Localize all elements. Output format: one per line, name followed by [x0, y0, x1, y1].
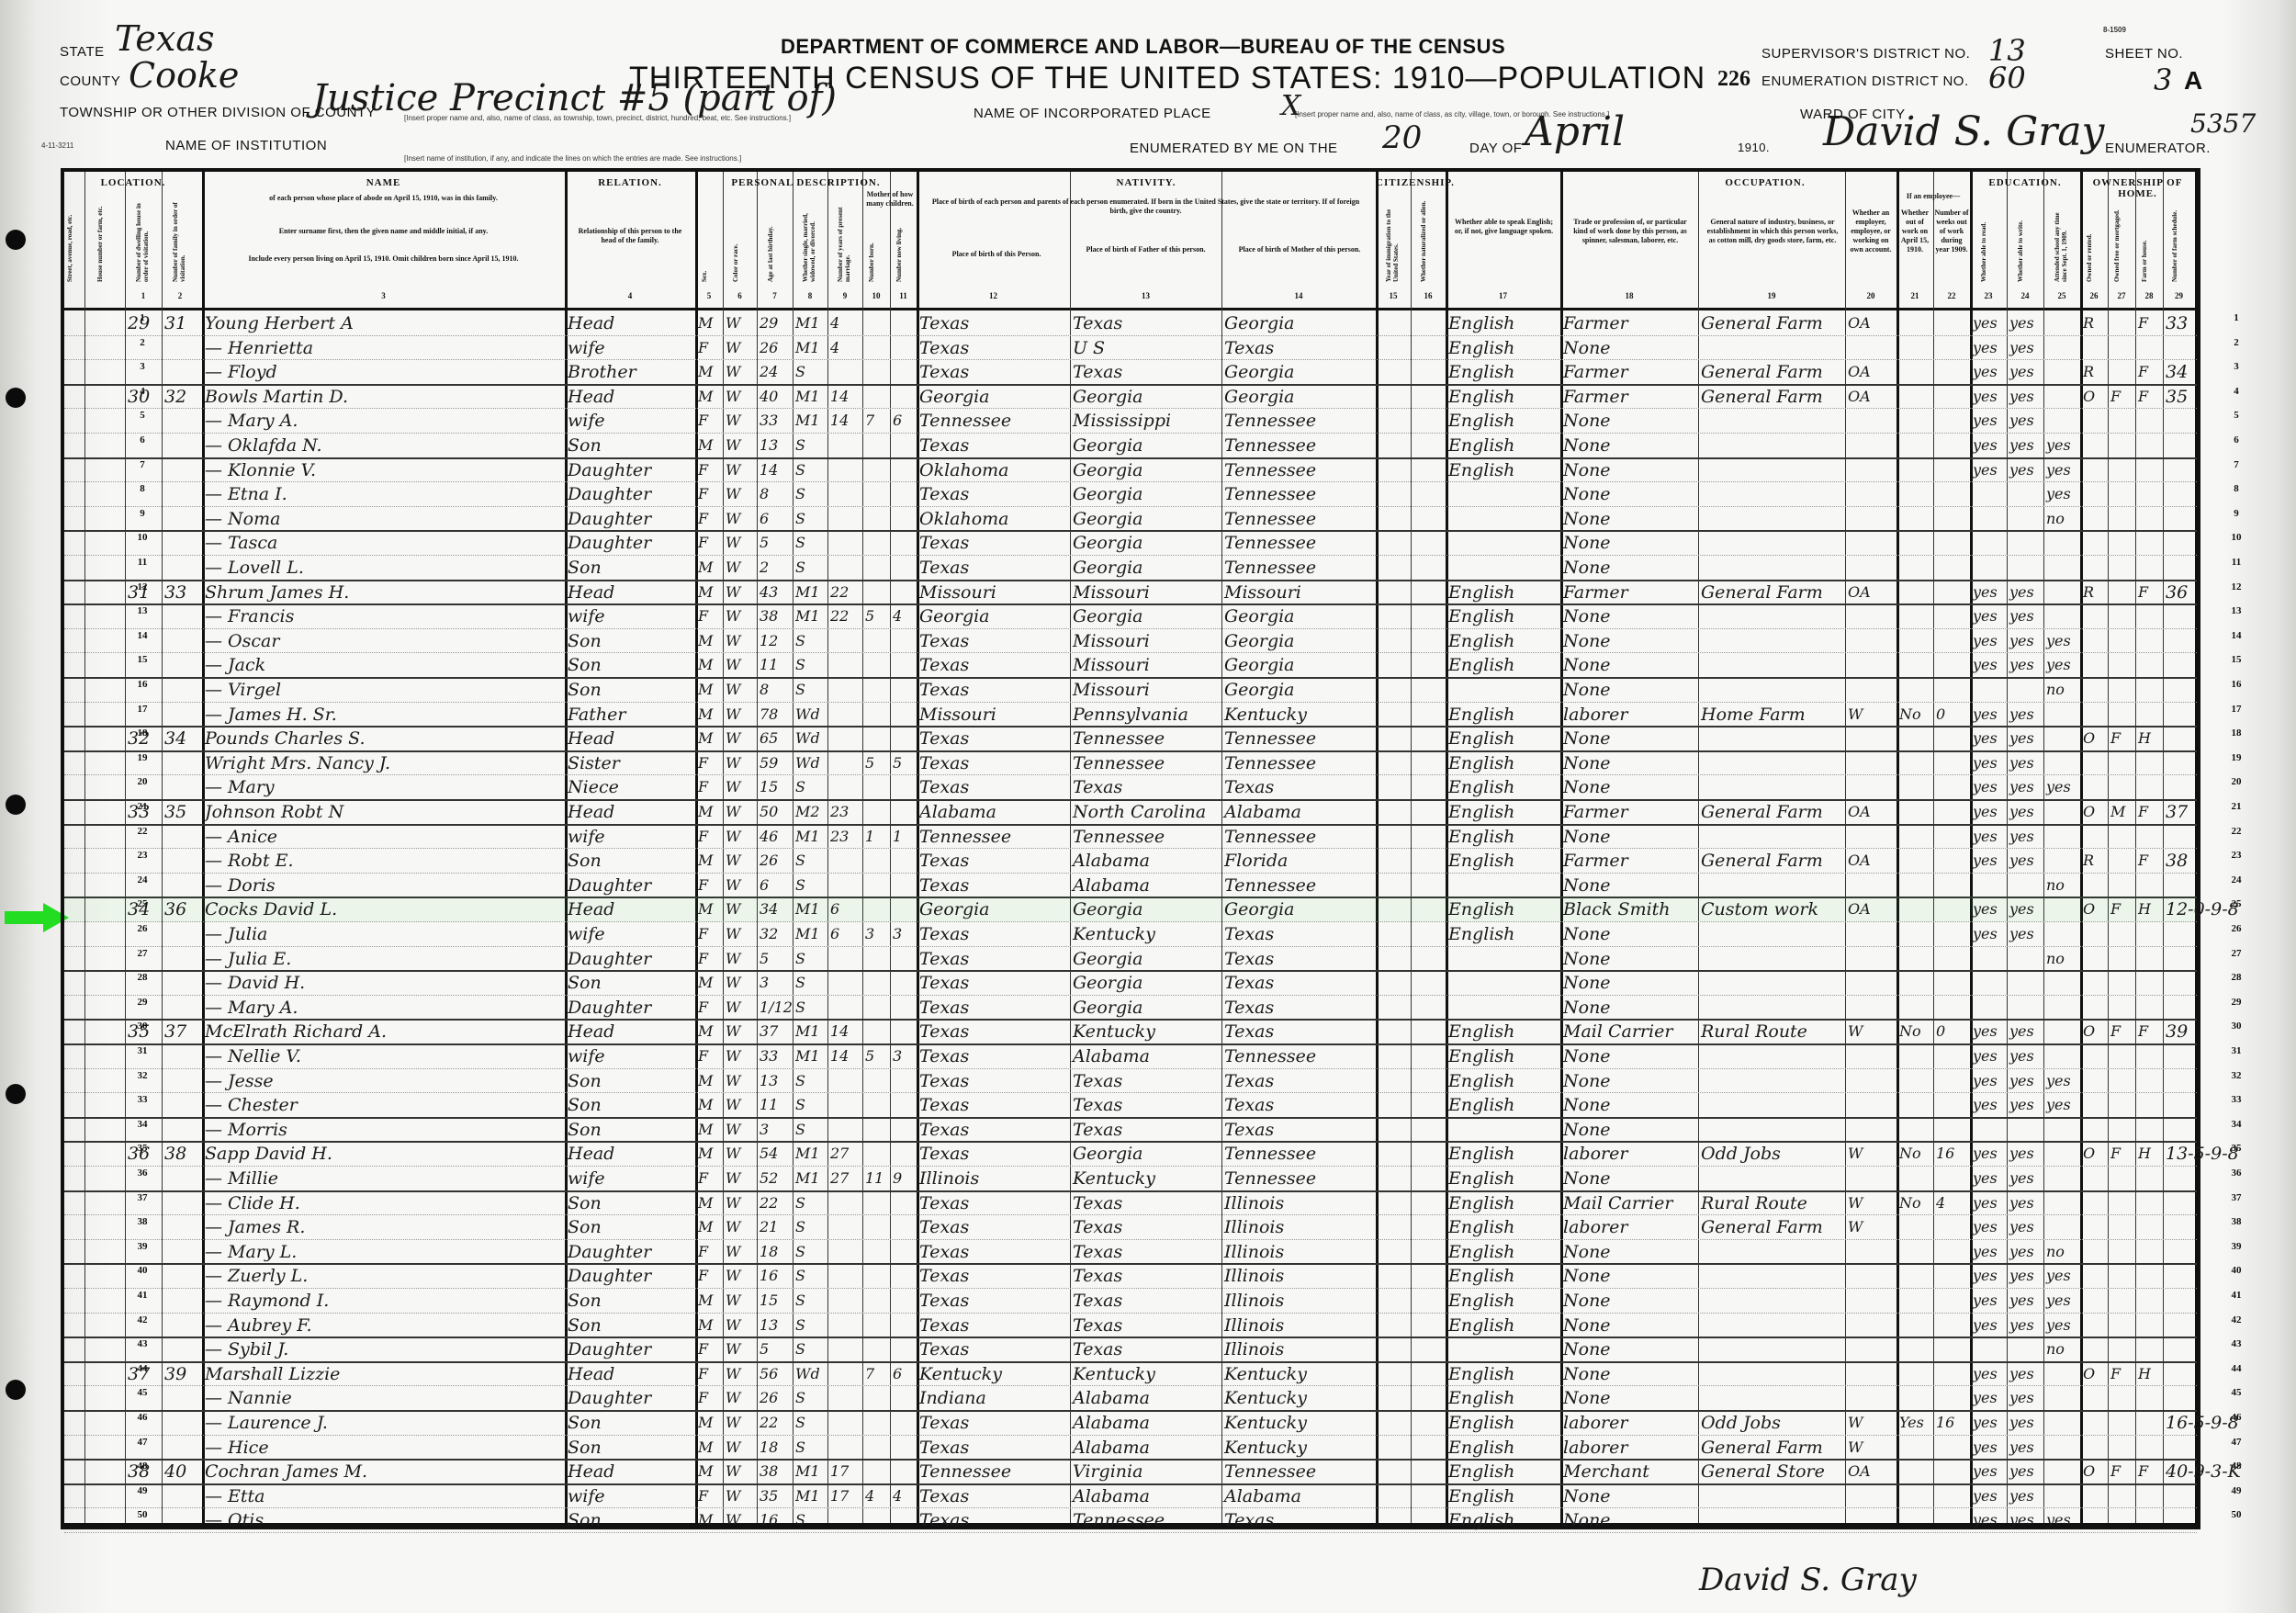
line-number: 2: [133, 337, 152, 348]
cell-write: yes: [2009, 1019, 2034, 1043]
county-value: Cooke: [129, 55, 239, 96]
table-row: 2931Young Herbert AHeadMW29M14TexasTexas…: [64, 310, 2197, 336]
cell-trade: None: [1563, 628, 1611, 652]
cell-marital: S: [795, 457, 805, 481]
cell-emp: W: [1848, 702, 1863, 726]
column-number: 18: [1560, 291, 1698, 300]
line-number: 6: [133, 434, 152, 446]
cell-relation: wife: [568, 1166, 605, 1190]
cell-color: W: [726, 530, 740, 554]
cell-emp: W: [1848, 1141, 1863, 1165]
cell-mother: Kentucky: [1224, 1435, 1307, 1459]
table-row: — James R.SonMW21STexasTexasIllinoisEngl…: [64, 1214, 2197, 1240]
cell-name: — Otis: [205, 1507, 264, 1531]
cell-trade: None: [1563, 506, 1611, 530]
line-number: 17: [2227, 704, 2245, 715]
line-number: 34: [2227, 1119, 2245, 1130]
cell-lang: English: [1448, 1263, 1514, 1287]
cell-father: Texas: [1073, 310, 1122, 334]
cell-marital: S: [795, 555, 805, 579]
cell-emp: W: [1848, 1019, 1863, 1043]
cell-lang: English: [1448, 1068, 1514, 1092]
cell-age: 56: [760, 1361, 778, 1385]
table-row: — Etna I.DaughterFW8STexasGeorgiaTenness…: [64, 481, 2197, 507]
cell-birth: Texas: [919, 481, 969, 505]
cell-yrs: 14: [830, 1019, 849, 1043]
cell-write: yes: [2009, 652, 2034, 676]
cell-trade: None: [1563, 824, 1611, 848]
cell-birth: Texas: [919, 873, 969, 897]
cell-trade: None: [1563, 946, 1611, 970]
cell-marital: M1: [795, 580, 820, 603]
cell-lang: English: [1448, 359, 1514, 383]
cell-name: Shrum James H.: [205, 580, 349, 603]
cell-read: yes: [1973, 921, 1998, 945]
table-row: — JuliawifeFW32M1633TexasKentuckyTexasEn…: [64, 921, 2197, 947]
cell-birth: Texas: [919, 628, 969, 652]
enumeration-district: 60: [1988, 61, 2026, 96]
cell-marital: Wd: [795, 726, 820, 750]
cell-born: 7: [865, 1361, 874, 1385]
cell-lang: English: [1448, 921, 1514, 945]
cell-relation: Daughter: [568, 457, 651, 481]
cell-father: Kentucky: [1073, 1019, 1155, 1043]
cell-write: yes: [2009, 1288, 2034, 1312]
cell-family: 40: [164, 1459, 186, 1483]
cell-trade: laborer: [1563, 1410, 1627, 1434]
cell-read: yes: [1973, 1092, 1998, 1116]
cell-father: Virginia: [1073, 1459, 1142, 1483]
cell-school: no: [2046, 677, 2065, 701]
cell-age: 24: [760, 359, 778, 383]
header-age: Age at last birthday.: [767, 199, 774, 282]
cell-sex: M: [698, 1068, 713, 1092]
cell-father: North Carolina: [1073, 799, 1206, 823]
header-family: Number of family in order of visitation.: [172, 199, 186, 282]
cell-trade: Farmer: [1563, 799, 1628, 823]
cell-write: yes: [2009, 897, 2034, 920]
cell-yrs: 14: [830, 1043, 849, 1067]
cell-marital: S: [795, 1313, 805, 1337]
cell-yrs: 23: [830, 824, 849, 848]
cell-trade: None: [1563, 1361, 1611, 1385]
cell-trade: None: [1563, 1117, 1611, 1141]
cell-birth: Texas: [919, 1337, 969, 1360]
cell-living: 3: [893, 921, 902, 945]
column-number: 22: [1933, 291, 1970, 300]
cell-sched: 39: [2166, 1019, 2188, 1043]
cell-mother: Tennessee: [1224, 726, 1316, 750]
cell-relation: Son: [568, 433, 602, 457]
cell-sex: F: [698, 530, 708, 554]
cell-father: Tennessee: [1073, 750, 1165, 774]
cell-read: yes: [1973, 384, 1998, 408]
cell-industry: General Farm: [1701, 799, 1823, 823]
cell-lang: English: [1448, 457, 1514, 481]
column-number: 25: [2043, 291, 2080, 300]
cell-lang: English: [1448, 1459, 1514, 1483]
enumerator-label: Enumerator.: [2105, 141, 2211, 156]
cell-farm: F: [2138, 1019, 2148, 1043]
cell-birth: Texas: [919, 726, 969, 750]
column-number: 11: [890, 291, 917, 300]
header-language: Whether able to speak English; or, if no…: [1451, 218, 1557, 236]
cell-name: — Mary A.: [205, 408, 298, 432]
cell-father: Alabama: [1073, 1483, 1150, 1507]
punch-hole: [6, 388, 26, 408]
table-row: Wright Mrs. Nancy J.SisterFW59Wd55TexasT…: [64, 750, 2197, 776]
cell-trade: Farmer: [1563, 310, 1628, 334]
line-number: 28: [133, 972, 152, 983]
cell-write: yes: [2009, 580, 2034, 603]
line-number: 33: [133, 1094, 152, 1105]
cell-trade: None: [1563, 555, 1611, 579]
cell-marital: S: [795, 1410, 805, 1434]
cell-marital: S: [795, 1288, 805, 1312]
table-row: — EttawifeFW35M11744TexasAlabamaAlabamaE…: [64, 1483, 2197, 1509]
cell-name: Bowls Martin D.: [205, 384, 348, 408]
cell-color: W: [726, 1141, 740, 1165]
line-number: 1: [2227, 312, 2245, 323]
cell-lang: English: [1448, 1019, 1514, 1043]
cell-lang: English: [1448, 824, 1514, 848]
cell-color: W: [726, 481, 740, 505]
cell-read: yes: [1973, 1214, 1998, 1238]
cell-mother: Texas: [1224, 1092, 1274, 1116]
table-row: 3335Johnson Robt NHeadMW50M223AlabamaNor…: [64, 799, 2197, 826]
column-number: 24: [2007, 291, 2043, 300]
cell-marital: M1: [795, 408, 820, 432]
header-name-include: Include every person living on April 15,…: [211, 254, 556, 264]
table-row: — VirgelSonMW8STexasMissouriGeorgiaNonen…: [64, 677, 2197, 703]
cell-farm: H: [2138, 897, 2151, 920]
cell-marital: S: [795, 506, 805, 530]
cell-read: yes: [1973, 1239, 1998, 1263]
incorporated-label: Name of incorporated place: [974, 106, 1211, 121]
line-number: 37: [133, 1192, 152, 1203]
cell-school: yes: [2046, 1263, 2071, 1287]
cell-name: — Anice: [205, 824, 277, 848]
line-number: 22: [2227, 826, 2245, 837]
cell-read: yes: [1973, 1507, 1998, 1531]
cell-write: yes: [2009, 702, 2034, 726]
column-number: 19: [1698, 291, 1845, 300]
cell-mother: Illinois: [1224, 1337, 1284, 1360]
cell-industry: Custom work: [1701, 897, 1818, 920]
cell-living: 6: [893, 408, 902, 432]
cell-father: Kentucky: [1073, 1166, 1155, 1190]
line-number: 21: [133, 801, 152, 812]
header-birth-person: Place of birth of this Person.: [923, 250, 1070, 259]
cell-mother: Georgia: [1224, 359, 1295, 383]
cell-mother: Kentucky: [1224, 1361, 1307, 1385]
cell-relation: Daughter: [568, 530, 651, 554]
cell-sex: F: [698, 408, 708, 432]
cell-father: Georgia: [1073, 555, 1143, 579]
cell-sex: M: [698, 652, 713, 676]
cell-color: W: [726, 970, 740, 994]
cell-color: W: [726, 1337, 740, 1360]
cell-read: yes: [1973, 1361, 1998, 1385]
cell-sex: M: [698, 799, 713, 823]
cell-yrs: 4: [830, 335, 839, 359]
cell-color: W: [726, 848, 740, 872]
cell-birth: Texas: [919, 970, 969, 994]
cell-school: no: [2046, 506, 2065, 530]
cell-mother: Tennessee: [1224, 555, 1316, 579]
line-number: 1: [133, 312, 152, 323]
cell-read: yes: [1973, 457, 1998, 481]
cell-color: W: [726, 457, 740, 481]
cell-mother: Illinois: [1224, 1214, 1284, 1238]
cell-mother: Texas: [1224, 1117, 1274, 1141]
line-number: 17: [133, 704, 152, 715]
cell-out: No: [1899, 702, 1921, 726]
cell-marital: S: [795, 481, 805, 505]
cell-read: yes: [1973, 774, 1998, 798]
cell-mother: Tennessee: [1224, 1043, 1316, 1067]
table-row: — Nellie V.wifeFW33M11453TexasAlabamaTen…: [64, 1043, 2197, 1069]
cell-read: yes: [1973, 848, 1998, 872]
cell-name: — David H.: [205, 970, 305, 994]
cell-father: Alabama: [1073, 848, 1150, 872]
cell-name: — Nellie V.: [205, 1043, 301, 1067]
line-number: 41: [2227, 1290, 2245, 1301]
cell-yrs: 27: [830, 1166, 849, 1190]
line-number: 13: [2227, 605, 2245, 616]
cell-trade: None: [1563, 774, 1611, 798]
header-citizenship: CITIZENSHIP.: [1376, 177, 1446, 188]
cell-name: — Oscar: [205, 628, 279, 652]
cell-yrs: 27: [830, 1141, 849, 1165]
cell-marital: M1: [795, 335, 820, 359]
cell-age: 38: [760, 603, 778, 627]
cell-emp: OA: [1848, 310, 1871, 334]
cell-birth: Texas: [919, 1117, 969, 1141]
line-number: 32: [133, 1070, 152, 1081]
cell-relation: Brother: [568, 359, 636, 383]
line-number: 50: [133, 1509, 152, 1520]
header-street: Street, avenue, road, etc.: [66, 199, 73, 282]
column-number: 28: [2135, 291, 2163, 300]
cell-mother: Texas: [1224, 995, 1274, 1019]
cell-read: yes: [1973, 799, 1998, 823]
cell-trade: None: [1563, 970, 1611, 994]
cell-industry: General Farm: [1701, 1214, 1823, 1238]
cell-write: yes: [2009, 1068, 2034, 1092]
column-number: 2: [162, 291, 198, 300]
column-number: 20: [1845, 291, 1896, 300]
header-nativity: NATIVITY.: [917, 177, 1376, 188]
cell-sex: F: [698, 873, 708, 897]
cell-relation: Son: [568, 652, 602, 676]
cell-sched: 33: [2166, 310, 2188, 334]
cell-mother: Georgia: [1224, 384, 1295, 408]
cell-marital: S: [795, 946, 805, 970]
cell-name: — Klonnie V.: [205, 457, 316, 481]
cell-color: W: [726, 652, 740, 676]
cell-birth: Oklahoma: [919, 506, 1009, 530]
line-number: 22: [133, 826, 152, 837]
line-number: 39: [133, 1241, 152, 1252]
cell-write: yes: [2009, 1141, 2034, 1165]
cell-emp: W: [1848, 1190, 1863, 1214]
cell-father: Texas: [1073, 1214, 1122, 1238]
cell-mother: Tennessee: [1224, 506, 1316, 530]
cell-age: 33: [760, 408, 778, 432]
line-number: 49: [2227, 1485, 2245, 1496]
cell-sex: F: [698, 946, 708, 970]
cell-own: O: [2083, 1019, 2095, 1043]
state-value: Texas: [115, 18, 214, 59]
cell-trade: Merchant: [1563, 1459, 1649, 1483]
enum-day: 20: [1382, 119, 1422, 156]
cell-school: yes: [2046, 628, 2071, 652]
cell-school: yes: [2046, 1288, 2071, 1312]
cell-read: yes: [1973, 603, 1998, 627]
cell-sex: M: [698, 1214, 713, 1238]
county-label: County: [60, 73, 120, 89]
cell-read: yes: [1973, 1190, 1998, 1214]
column-number: 3: [202, 291, 565, 300]
cell-sex: M: [698, 384, 713, 408]
cell-industry: General Store: [1701, 1459, 1825, 1483]
cell-father: Alabama: [1073, 1385, 1150, 1409]
cell-relation: Son: [568, 848, 602, 872]
cell-color: W: [726, 555, 740, 579]
line-number: 21: [2227, 801, 2245, 812]
cell-name: — Floyd: [205, 359, 277, 383]
line-number: 46: [2227, 1412, 2245, 1423]
header-location: LOCATION.: [64, 177, 202, 188]
cell-relation: Head: [568, 897, 614, 920]
line-number: 47: [2227, 1437, 2245, 1448]
cell-lang: English: [1448, 1166, 1514, 1190]
cell-mother: Alabama: [1224, 799, 1301, 823]
cell-marital: M1: [795, 1166, 820, 1190]
line-number: 37: [2227, 1192, 2245, 1203]
cell-yrs: 14: [830, 384, 849, 408]
cell-name: — Mary A.: [205, 995, 298, 1019]
header-sched: Number of farm schedule.: [2171, 199, 2178, 282]
header-natural: Whether naturalized or alien.: [1420, 199, 1427, 282]
cell-family: 36: [164, 897, 186, 920]
column-number: 5: [695, 291, 723, 300]
cell-mother: Georgia: [1224, 652, 1295, 676]
line-number: 7: [133, 459, 152, 470]
cell-relation: Father: [568, 702, 625, 726]
cell-father: Alabama: [1073, 1435, 1150, 1459]
cell-write: yes: [2009, 603, 2034, 627]
cell-birth: Tennessee: [919, 408, 1011, 432]
line-number: 31: [2227, 1045, 2245, 1056]
header-school: Attended school any time since Sept. 1, …: [2054, 199, 2068, 282]
column-number: 4: [565, 291, 695, 300]
cell-yrs: 22: [830, 603, 849, 627]
line-number: 23: [133, 850, 152, 861]
cell-color: W: [726, 1459, 740, 1483]
line-number: 13: [133, 605, 152, 616]
line-number: 12: [133, 581, 152, 592]
cell-marital: S: [795, 677, 805, 701]
cell-birth: Missouri: [919, 580, 996, 603]
cell-relation: Son: [568, 628, 602, 652]
cell-age: 1/12: [760, 995, 793, 1019]
line-number: 45: [133, 1387, 152, 1398]
cell-trade: None: [1563, 433, 1611, 457]
cell-lang: English: [1448, 1385, 1514, 1409]
cell-out: No: [1899, 1141, 1921, 1165]
cell-mother: Tennessee: [1224, 1166, 1316, 1190]
cell-mother: Tennessee: [1224, 1141, 1316, 1165]
cell-write: yes: [2009, 1459, 2034, 1483]
cell-relation: wife: [568, 335, 605, 359]
cell-emp: OA: [1848, 359, 1871, 383]
cell-color: W: [726, 384, 740, 408]
cell-father: Georgia: [1073, 530, 1143, 554]
header-weeks-out: Number of weeks out of work during year …: [1934, 209, 1969, 254]
cell-read: yes: [1973, 652, 1998, 676]
cell-school: yes: [2046, 1507, 2071, 1531]
line-number: 27: [133, 948, 152, 959]
line-number: 24: [133, 874, 152, 885]
cell-sched: 36: [2166, 580, 2188, 603]
cell-name: Marshall Lizzie: [205, 1361, 340, 1385]
cell-trade: Farmer: [1563, 848, 1628, 872]
cell-father: Georgia: [1073, 995, 1143, 1019]
cell-marital: S: [795, 1337, 805, 1360]
cell-sex: M: [698, 1288, 713, 1312]
cell-school: no: [2046, 1337, 2065, 1360]
cell-birth: Missouri: [919, 702, 996, 726]
cell-relation: Daughter: [568, 1263, 651, 1287]
cell-sex: M: [698, 1117, 713, 1141]
sheet-number: 3: [2154, 62, 2172, 97]
cell-age: 37: [760, 1019, 778, 1043]
line-number: 12: [2227, 581, 2245, 592]
cell-birth: Texas: [919, 1019, 969, 1043]
header-name: NAME: [202, 177, 565, 188]
line-number: 44: [2227, 1363, 2245, 1374]
cell-name: — Mary L.: [205, 1239, 297, 1263]
cell-emp: OA: [1848, 848, 1871, 872]
cell-name: — Clide H.: [205, 1190, 300, 1214]
cell-write: yes: [2009, 1263, 2034, 1287]
cell-sex: M: [698, 555, 713, 579]
cell-lang: English: [1448, 1288, 1514, 1312]
cell-relation: Son: [568, 1507, 602, 1531]
cell-out: No: [1899, 1190, 1921, 1214]
table-row: — Sybil J.DaughterFW5STexasTexasIllinois…: [64, 1337, 2197, 1363]
state-label: State: [60, 44, 105, 60]
cell-mother: Tennessee: [1224, 408, 1316, 432]
cell-write: yes: [2009, 1043, 2034, 1067]
enumerated-label: Enumerated by me on the: [1130, 141, 1338, 156]
cell-age: 16: [760, 1507, 778, 1531]
cell-read: yes: [1973, 1288, 1998, 1312]
line-number: 27: [2227, 948, 2245, 959]
table-row: — Mary A.wifeFW33M11476TennesseeMississi…: [64, 408, 2197, 434]
cell-name: Cochran James M.: [205, 1459, 367, 1483]
cell-write: yes: [2009, 726, 2034, 750]
cell-age: 21: [760, 1214, 778, 1238]
cell-father: Missouri: [1073, 652, 1150, 676]
line-number: 11: [2227, 557, 2245, 568]
cell-trade: Farmer: [1563, 384, 1628, 408]
cell-sex: M: [698, 677, 713, 701]
cell-trade: None: [1563, 726, 1611, 750]
cell-name: — Henrietta: [205, 335, 313, 359]
